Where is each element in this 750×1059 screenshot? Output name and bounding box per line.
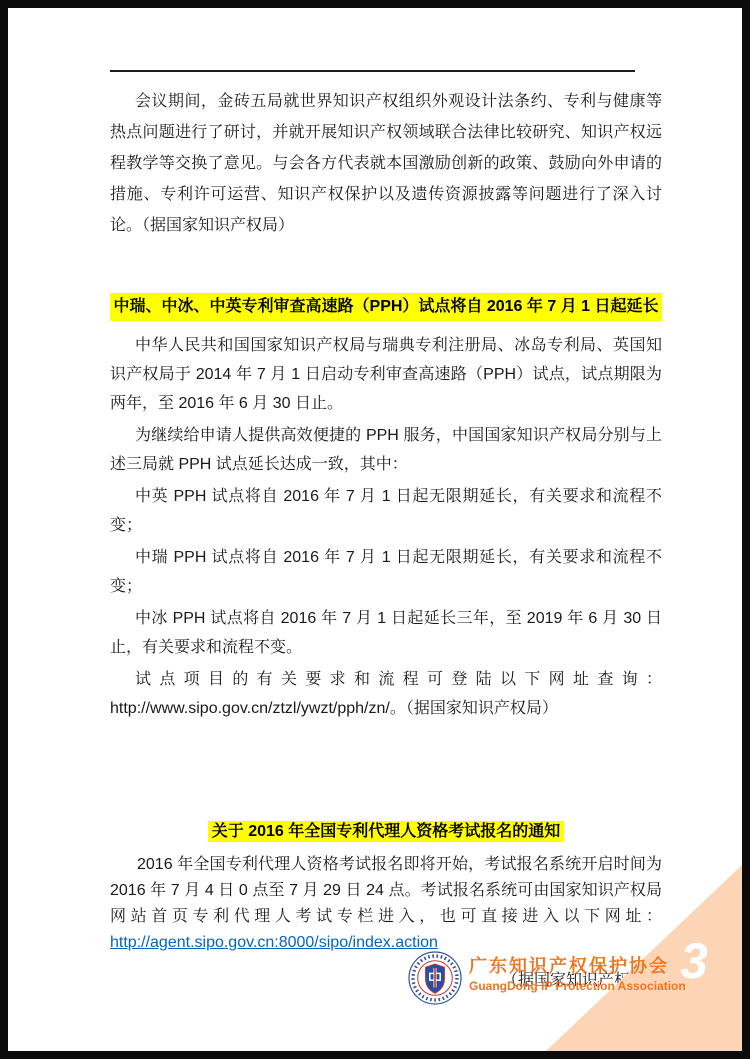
- section2-heading: 关于 2016 年全国专利代理人资格考试报名的通知: [208, 821, 565, 842]
- section1-heading: 中瑞、中冰、中英专利审查高速路（PPH）试点将自 2016 年 7 月 1 日起…: [110, 293, 662, 321]
- section2-paragraph-text: 2016 年全国专利代理人资格考试报名即将开始，考试报名系统开启时间为 2016…: [110, 856, 662, 925]
- association-name-zh: 广东知识产权保护协会: [469, 955, 686, 977]
- association-name-en: GuangDong IP Protection Association: [469, 979, 686, 994]
- header-divider: [110, 70, 635, 72]
- document-body: 会议期间，金砖五局就世界知识产权组织外观设计法条约、专利与健康等热点问题进行了研…: [110, 70, 662, 995]
- section1-paragraph-1: 中华人民共和国国家知识产权局与瑞典专利注册局、冰岛专利局、英国知识产权局于 20…: [110, 331, 662, 418]
- section1-paragraph-2: 为继续给申请人提供高效便捷的 PPH 服务，中国国家知识产权局分别与上述三局就 …: [110, 421, 662, 479]
- document-page: 会议期间，金砖五局就世界知识产权组织外观设计法条约、专利与健康等热点问题进行了研…: [0, 0, 750, 1059]
- section1-paragraph-3: 中英 PPH 试点将自 2016 年 7 月 1 日起无限期延长，有关要求和流程…: [110, 482, 662, 540]
- section1-paragraph-5: 中冰 PPH 试点将自 2016 年 7 月 1 日起延长三年，至 2019 年…: [110, 604, 662, 662]
- association-name-block: 广东知识产权保护协会 GuangDong IP Protection Assoc…: [469, 955, 686, 994]
- section2-heading-row: 关于 2016 年全国专利代理人资格考试报名的通知: [110, 818, 662, 846]
- association-seal-icon: [408, 951, 462, 1005]
- section1-paragraph-6: 试点项目的有关要求和流程可登陆以下网址查询：http://www.sipo.go…: [110, 665, 662, 723]
- page-number: 3: [680, 931, 708, 991]
- intro-paragraph: 会议期间，金砖五局就世界知识产权组织外观设计法条约、专利与健康等热点问题进行了研…: [110, 86, 662, 241]
- section1-paragraph-4: 中瑞 PPH 试点将自 2016 年 7 月 1 日起无限期延长，有关要求和流程…: [110, 543, 662, 601]
- page-footer: 广东知识产权保护协会 GuangDong IP Protection Assoc…: [8, 941, 742, 1051]
